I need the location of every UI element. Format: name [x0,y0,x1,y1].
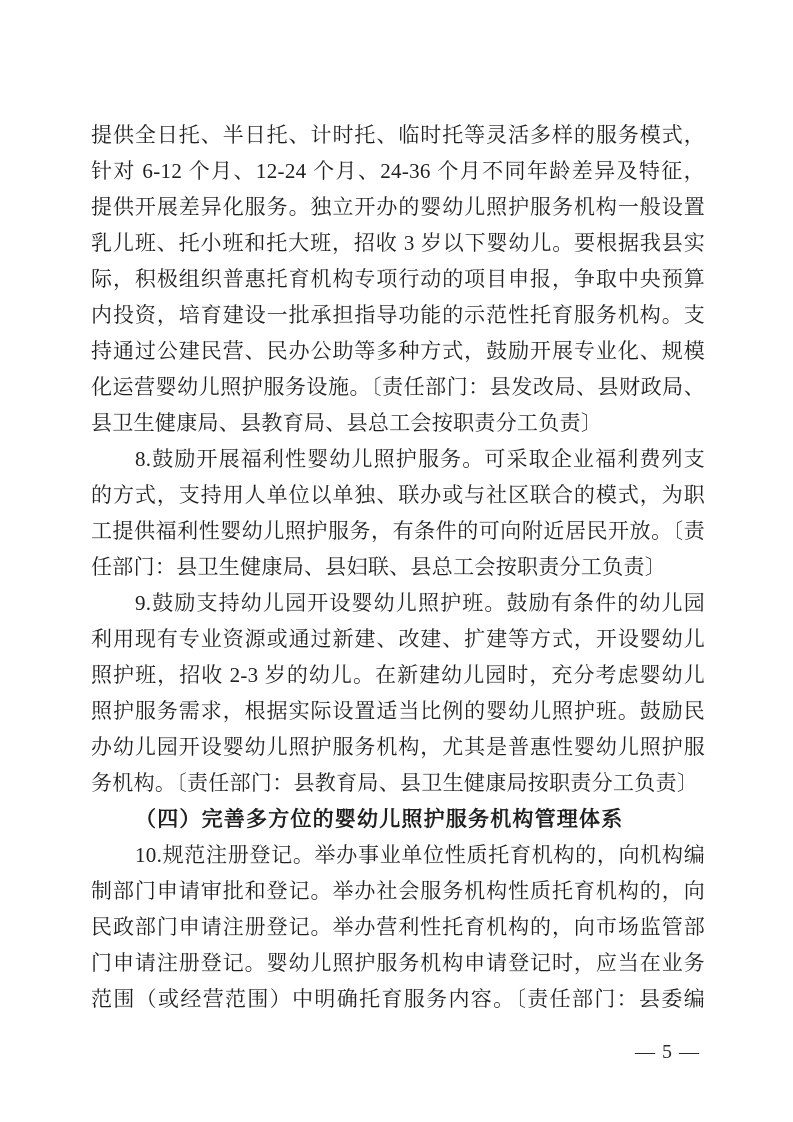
text-line: 针对 6-12 个月、12-24 个月、24-36 个月不同年龄差异及特征， [91,153,705,189]
text-line: 民政部门申请注册登记。举办营利性托育机构的，向市场监管部 [91,909,705,945]
text-line: 照护班，招收 2-3 岁的幼儿。在新建幼儿园时，充分考虑婴幼儿 [91,657,705,693]
text-line: 照护服务需求，根据实际设置适当比例的婴幼儿照护班。鼓励民 [91,693,705,729]
text-line: 际，积极组织普惠托育机构专项行动的项目申报，争取中央预算 [91,261,705,297]
page-number: — 5 — [635,1041,700,1063]
text-line: 范围（或经营范围）中明确托育服务内容。〔责任部门：县委编 [91,981,705,1017]
text-line: 9.鼓励支持幼儿园开设婴幼儿照护班。鼓励有条件的幼儿园 [91,585,705,621]
text-line: 提供全日托、半日托、计时托、临时托等灵活多样的服务模式， [91,117,705,153]
text-line: 制部门申请审批和登记。举办社会服务机构性质托育机构的，向 [91,873,705,909]
text-line: 乳儿班、托小班和托大班，招收 3 岁以下婴幼儿。要根据我县实 [91,225,705,261]
text-line: 利用现有专业资源或通过新建、改建、扩建等方式，开设婴幼儿 [91,621,705,657]
text-line: 的方式，支持用人单位以单独、联办或与社区联合的模式，为职 [91,477,705,513]
text-line: 化运营婴幼儿照护服务设施。〔责任部门：县发改局、县财政局、 [91,369,705,405]
text-line: 办幼儿园开设婴幼儿照护服务机构，尤其是普惠性婴幼儿照护服 [91,729,705,765]
text-line: 工提供福利性婴幼儿照护服务，有条件的可向附近居民开放。〔责 [91,513,705,549]
text-line: 务机构。〔责任部门：县教育局、县卫生健康局按职责分工负责〕 [91,765,705,801]
text-line: 8.鼓励开展福利性婴幼儿照护服务。可采取企业福利费列支 [91,441,705,477]
text-block: 提供全日托、半日托、计时托、临时托等灵活多样的服务模式，针对 6-12 个月、1… [91,117,705,1017]
document-page: 提供全日托、半日托、计时托、临时托等灵活多样的服务模式，针对 6-12 个月、1… [0,0,793,1122]
text-line: 10.规范注册登记。举办事业单位性质托育机构的，向机构编 [91,837,705,873]
text-line: 门申请注册登记。婴幼儿照护服务机构申请登记时，应当在业务 [91,945,705,981]
text-line: 任部门：县卫生健康局、县妇联、县总工会按职责分工负责〕 [91,549,705,585]
text-line: 提供开展差异化服务。独立开办的婴幼儿照护服务机构一般设置 [91,189,705,225]
text-line: 县卫生健康局、县教育局、县总工会按职责分工负责〕 [91,405,705,441]
text-line: 持通过公建民营、民办公助等多种方式，鼓励开展专业化、规模 [91,333,705,369]
section-heading: （四）完善多方位的婴幼儿照护服务机构管理体系 [91,801,705,837]
text-line: 内投资，培育建设一批承担指导功能的示范性托育服务机构。支 [91,297,705,333]
